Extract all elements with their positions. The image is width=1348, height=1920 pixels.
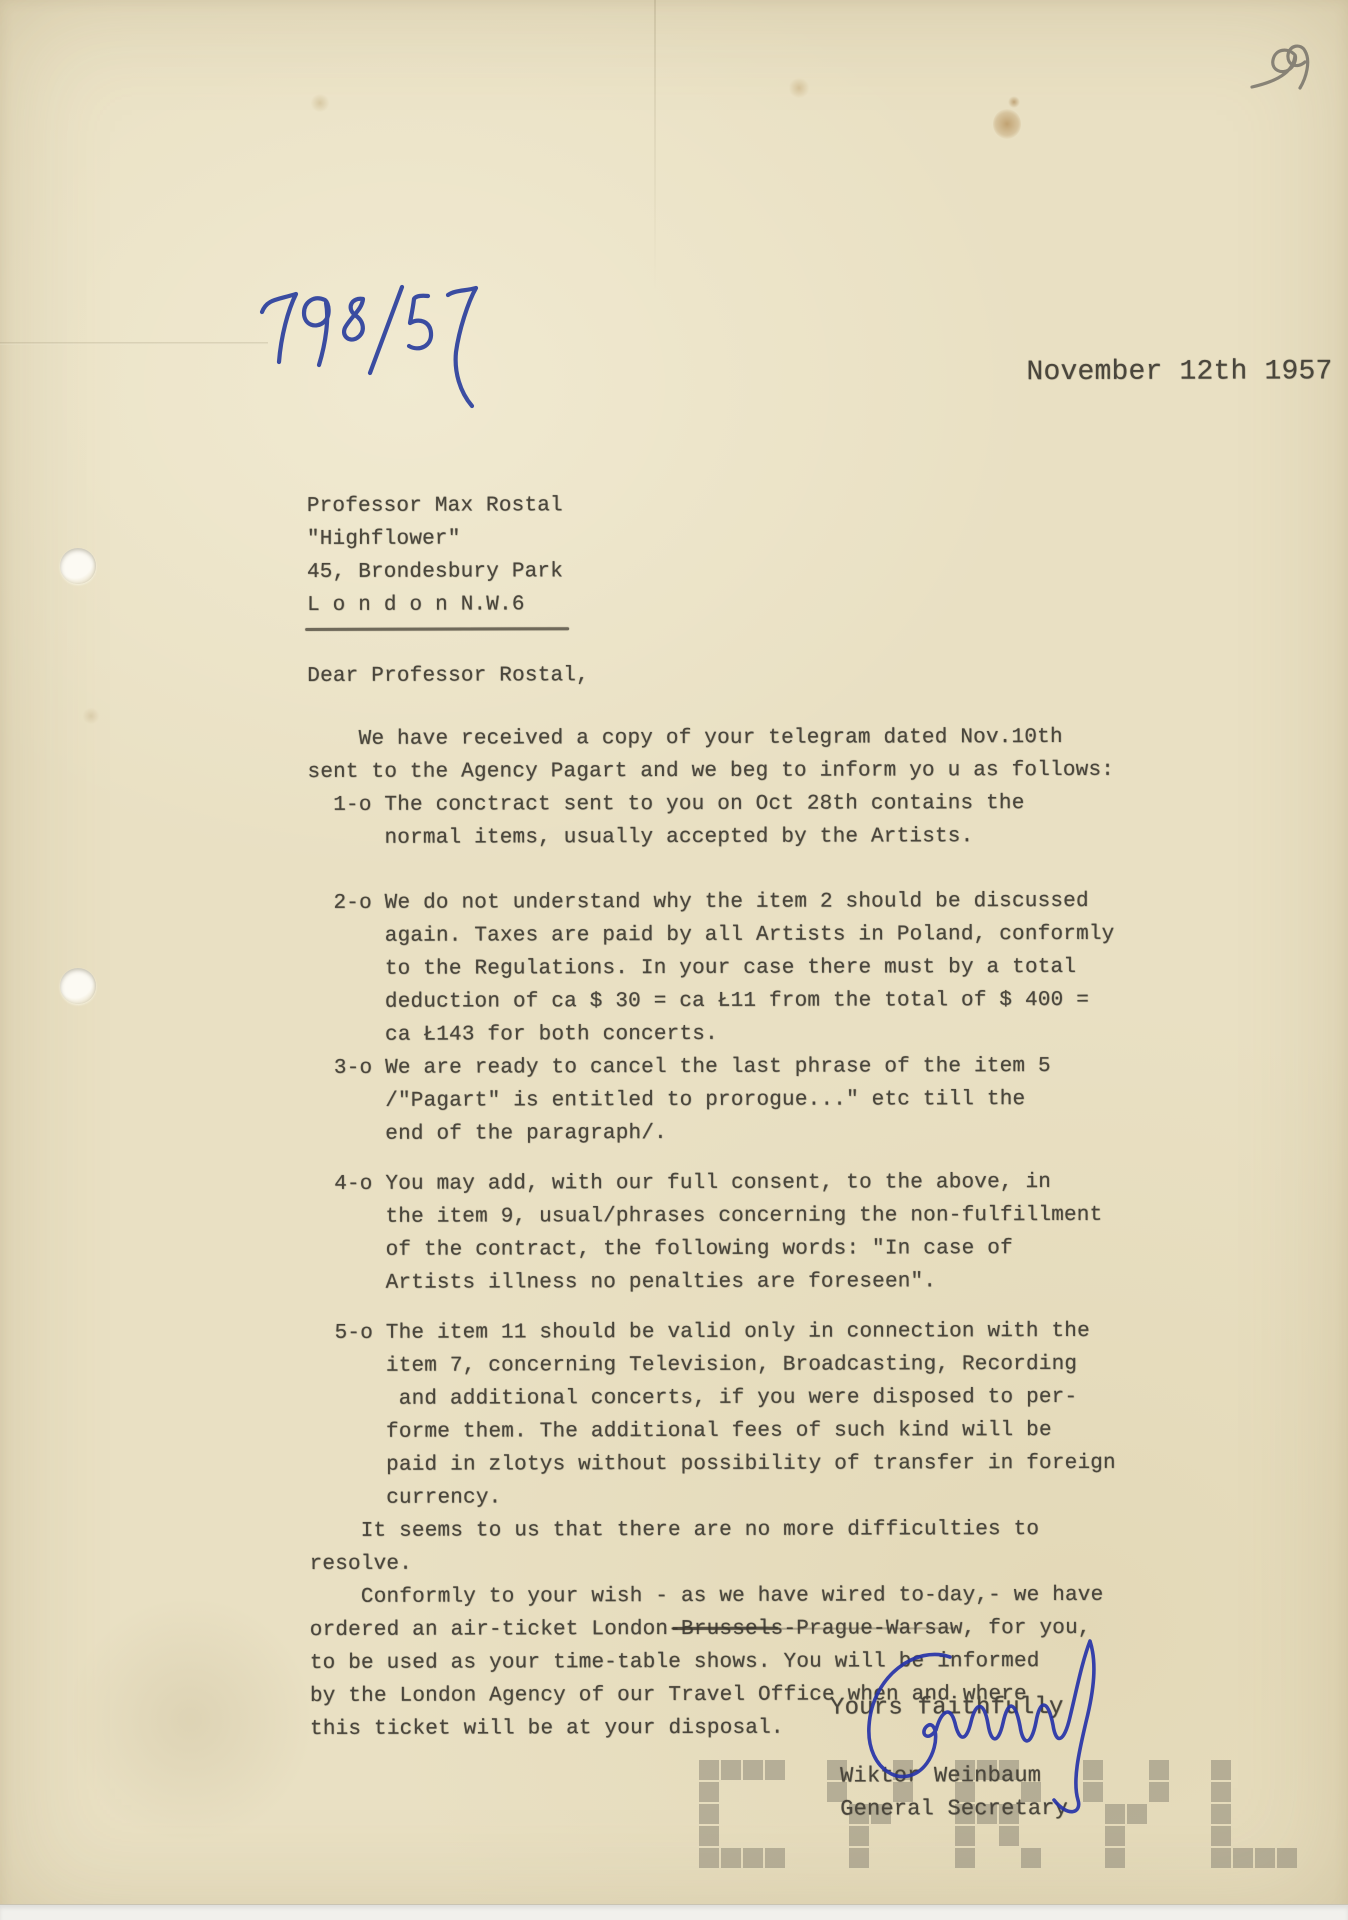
address-underline [305,627,569,631]
valediction: Yours faithfully [830,1691,1064,1726]
body-paragraph-5: 4-o You may add, with our full consent, … [309,1166,1103,1300]
letter-page: November 12th 1957 Professor Max Rostal … [0,0,1348,1920]
body-paragraph-6: 5-o The item 11 should be valid only in … [309,1315,1116,1515]
salutation: Dear Professor Rostal, [307,659,589,693]
recipient-address: Professor Max Rostal "Highflower" 45, Br… [307,489,563,622]
body-paragraph-3: 2-o We do not understand why the item 2 … [308,885,1115,1052]
strikethrough-mark [673,1627,778,1630]
body-paragraph-7: It seems to us that there are no more di… [309,1513,1039,1581]
scan-edge [0,1904,1348,1920]
body-paragraph-1: We have received a copy of your telegram… [307,721,1114,789]
signer-name: Wiktor Weinbaum [840,1759,1041,1793]
body-paragraph-2: 1-o The conctract sent to you on Oct 28t… [308,787,1025,855]
signer-title: General Secretary [840,1792,1068,1826]
letter-body: We have received a copy of your telegram… [0,0,1345,2]
body-paragraph-4: 3-o We are ready to cancel the last phra… [308,1050,1051,1151]
date-line: November 12th 1957 [1026,355,1332,390]
typed-content: November 12th 1957 Professor Max Rostal … [0,0,1348,1920]
